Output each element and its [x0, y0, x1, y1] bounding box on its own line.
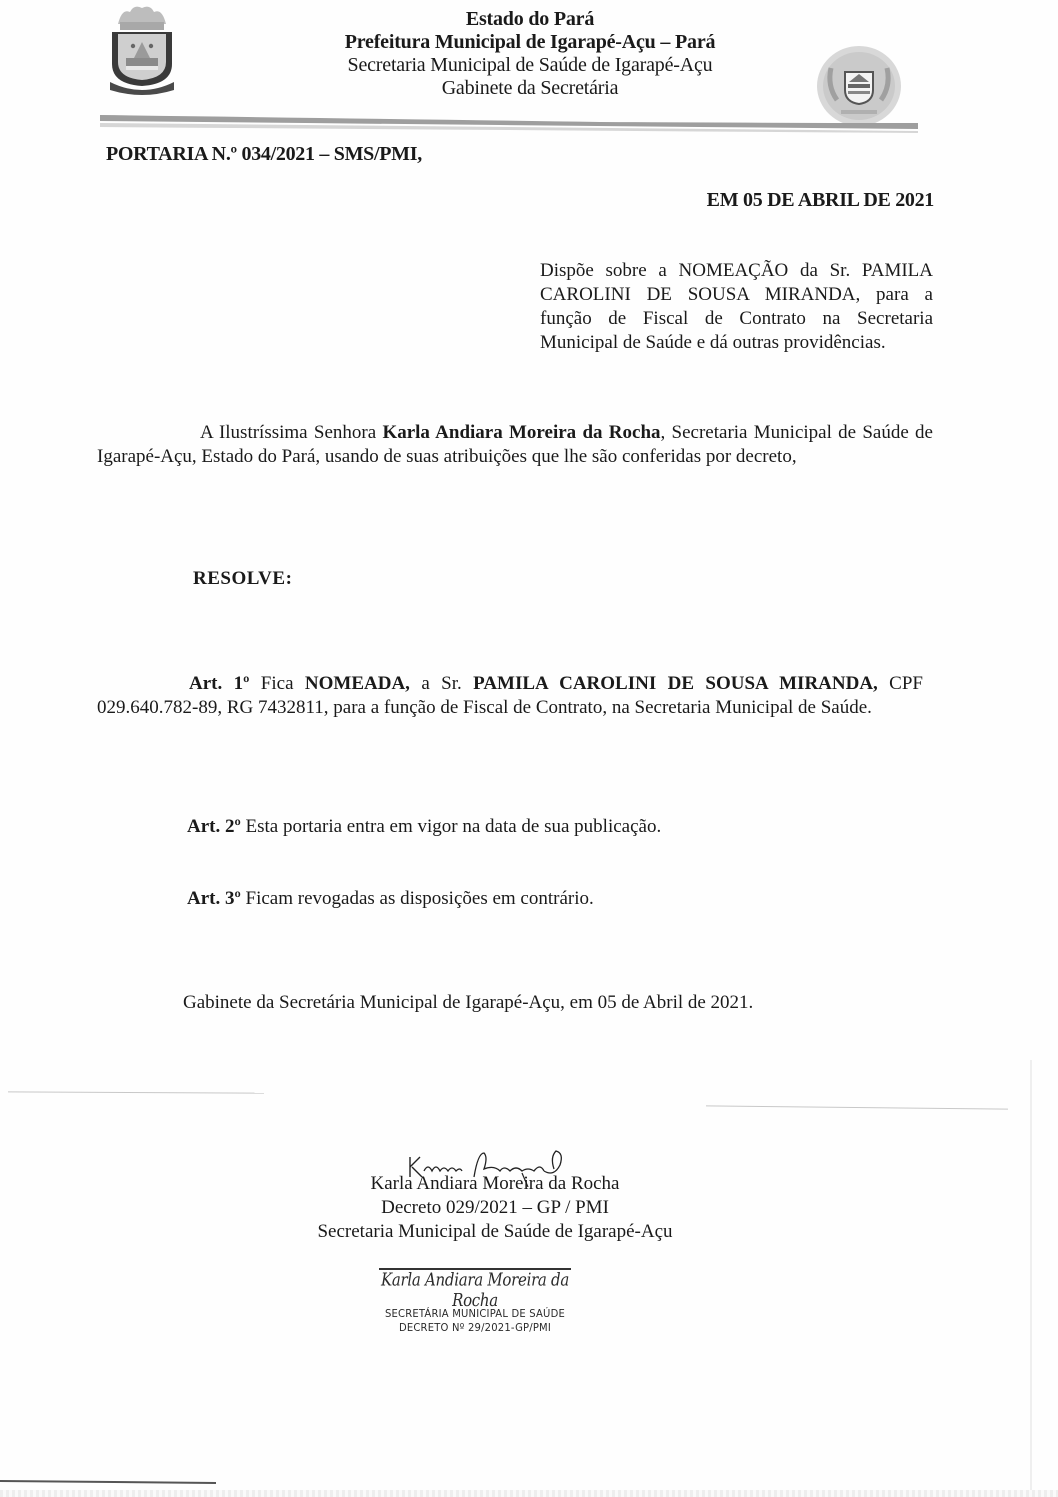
article-1-text: a Sr.	[410, 673, 473, 694]
stamp-decree: DECRETO Nº 29/2021-GP/PMI	[365, 1321, 585, 1336]
article-1-nomeada: NOMEADA,	[305, 673, 410, 694]
article-2: Art. 2º Esta portaria entra em vigor na …	[187, 815, 661, 839]
secretary-name: Karla Andiara Moreira da Rocha	[382, 422, 660, 443]
signatory-name: Karla Andiara Moreira da Rocha	[270, 1172, 720, 1196]
stamp-name: Karla Andiara Moreira da Rocha	[365, 1269, 585, 1310]
article-1: Art. 1º Fica NOMEADA, a Sr. PAMILA CAROL…	[97, 672, 923, 720]
article-2-label: Art. 2º	[187, 816, 241, 837]
portaria-date: EM 05 DE ABRIL DE 2021	[707, 189, 934, 212]
article-2-text: Esta portaria entra em vigor na data de …	[241, 816, 661, 837]
article-1-text: Fica	[249, 673, 305, 694]
municipal-coat-of-arms-icon	[104, 2, 180, 100]
scan-artifact	[706, 1105, 1008, 1109]
preamble-intro: A Ilustríssima Senhora	[200, 422, 382, 443]
scan-artifact	[0, 1480, 216, 1484]
letterhead-secretariat: Secretaria Municipal de Saúde de Igarapé…	[260, 54, 800, 77]
resolve-heading: RESOLVE:	[193, 568, 292, 590]
appointee-name: PAMILA CAROLINI DE SOUSA MIRANDA,	[473, 673, 878, 694]
signatory-decree: Decreto 029/2021 – GP / PMI	[270, 1196, 720, 1220]
letterhead-office: Gabinete da Secretária	[260, 77, 800, 100]
official-stamp: Karla Andiara Moreira da Rocha SECRETÁRI…	[365, 1268, 585, 1336]
header-divider	[100, 113, 918, 133]
portaria-number: PORTARIA N.º 034/2021 – SMS/PMI,	[106, 143, 422, 166]
letterhead: Estado do Pará Prefeitura Municipal de I…	[260, 8, 800, 100]
scan-bottom-edge	[0, 1490, 1058, 1497]
closing-line: Gabinete da Secretária Municipal de Igar…	[183, 991, 753, 1015]
ementa-summary: Dispõe sobre a NOMEAÇÃO da Sr. PAMILA CA…	[540, 259, 933, 355]
preamble-paragraph: A Ilustríssima Senhora Karla Andiara Mor…	[97, 421, 933, 469]
document-page: Estado do Pará Prefeitura Municipal de I…	[0, 0, 1058, 1497]
letterhead-municipality: Prefeitura Municipal de Igarapé-Açu – Pa…	[260, 31, 800, 54]
article-3-text: Ficam revogadas as disposições em contrá…	[241, 888, 594, 909]
article-3: Art. 3º Ficam revogadas as disposições e…	[187, 887, 594, 911]
signatory-role: Secretaria Municipal de Saúde de Igarapé…	[270, 1220, 720, 1244]
scan-artifact	[8, 1091, 264, 1093]
letterhead-state: Estado do Pará	[260, 8, 800, 31]
scan-edge	[1030, 1060, 1032, 1497]
article-3-label: Art. 3º	[187, 888, 241, 909]
article-1-label: Art. 1º	[189, 673, 249, 694]
signature-block: Karla Andiara Moreira da Rocha Decreto 0…	[270, 1148, 720, 1244]
